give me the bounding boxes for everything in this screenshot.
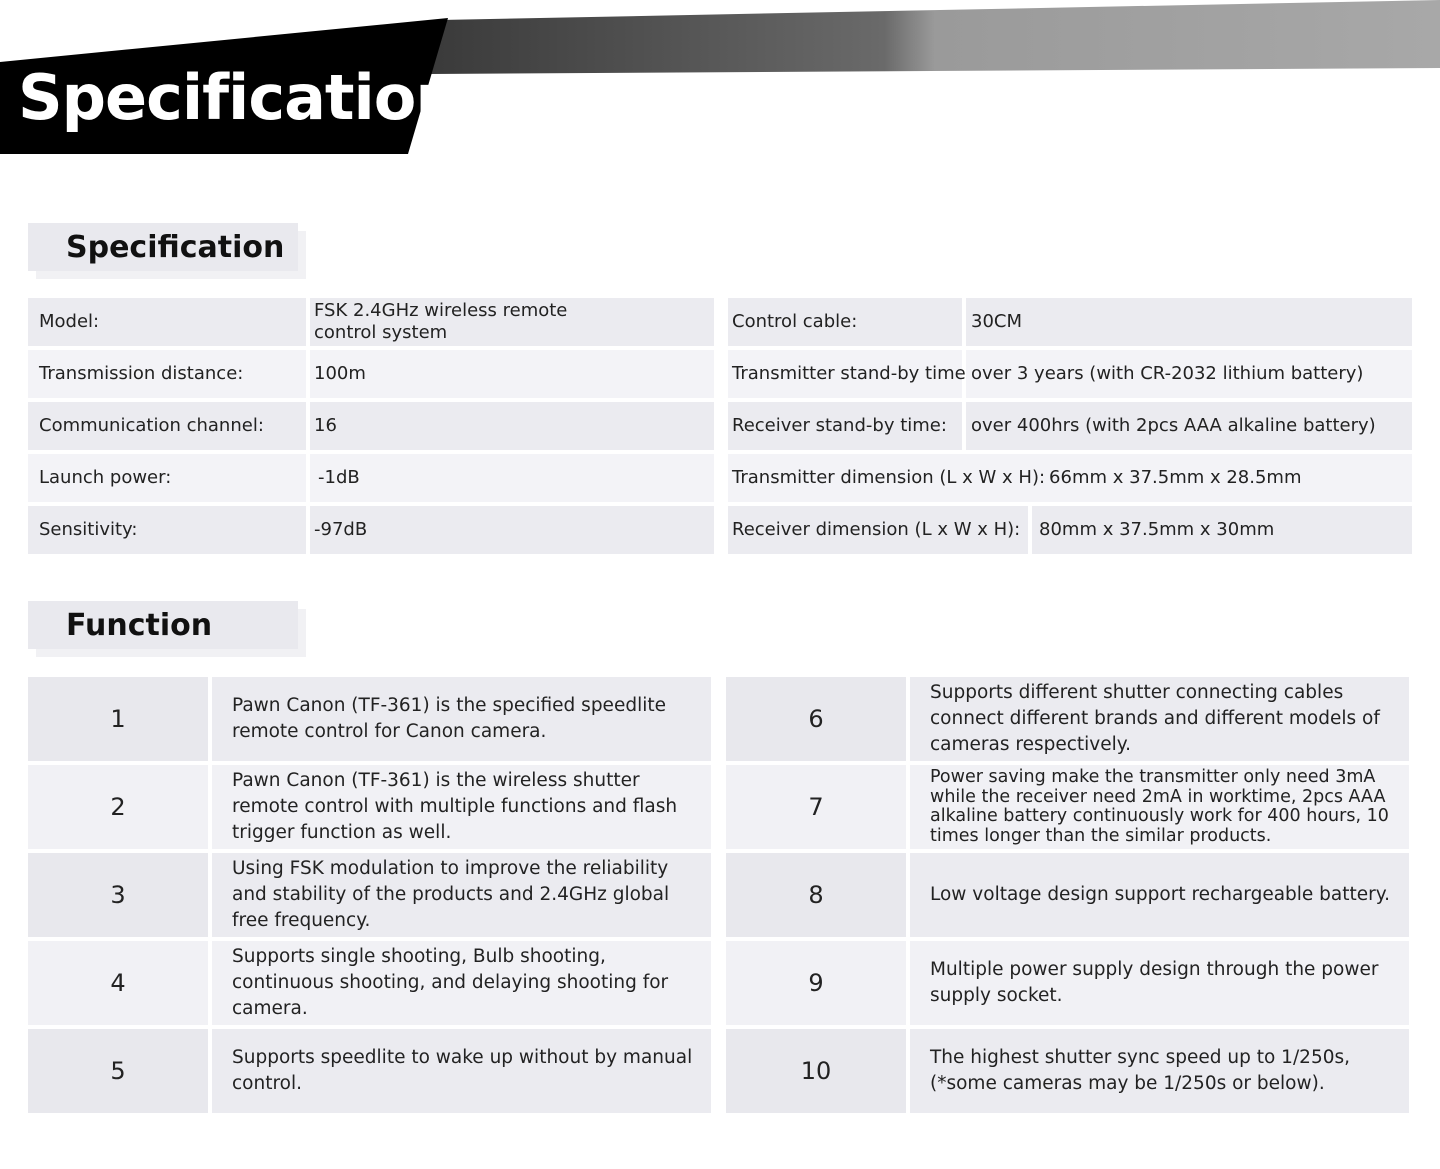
spec-label: Receiver dimension (L x W x H): <box>728 506 1028 554</box>
spec-label: Transmitter dimension (L x W x H): <box>732 467 1045 489</box>
function-number: 7 <box>726 765 906 849</box>
function-text: Low voltage design support rechargeable … <box>910 853 1409 937</box>
spec-value: 16 <box>310 402 714 450</box>
function-number: 6 <box>726 677 906 761</box>
spec-value: 100m <box>310 350 714 398</box>
spec-row: Launch power:-1dB <box>28 454 714 502</box>
spec-row: Transmitter dimension (L x W x H):66mm x… <box>728 454 1412 502</box>
function-heading: Function <box>28 601 298 649</box>
function-row: 1Pawn Canon (TF-361) is the specified sp… <box>28 677 711 761</box>
function-row: 10The highest shutter sync speed up to 1… <box>726 1029 1409 1113</box>
spec-row: Transmission distance:100m <box>28 350 714 398</box>
spec-label: Transmission distance: <box>28 350 306 398</box>
spec-label: Sensitivity: <box>28 506 306 554</box>
function-text: Pawn Canon (TF-361) is the specified spe… <box>212 677 711 761</box>
function-number: 10 <box>726 1029 906 1113</box>
function-row: 5Supports speedlite to wake up without b… <box>28 1029 711 1113</box>
function-number: 4 <box>28 941 208 1025</box>
spec-row: Transmitter stand-by time:over 3 years (… <box>728 350 1412 398</box>
spec-value: 30CM <box>966 298 1412 346</box>
function-text: Using FSK modulation to improve the reli… <box>212 853 711 937</box>
function-row: 8Low voltage design support rechargeable… <box>726 853 1409 937</box>
function-number: 3 <box>28 853 208 937</box>
specification-heading: Specification <box>28 223 298 271</box>
spec-value: 66mm x 37.5mm x 28.5mm <box>1049 467 1301 489</box>
function-text: Supports different shutter connecting ca… <box>910 677 1409 761</box>
banner-title: Specification <box>18 58 459 138</box>
spec-label: Communication channel: <box>28 402 306 450</box>
spec-label: Transmitter stand-by time: <box>728 350 962 398</box>
function-row: 9Multiple power supply design through th… <box>726 941 1409 1025</box>
function-text: The highest shutter sync speed up to 1/2… <box>910 1029 1409 1113</box>
spec-value: -1dB <box>310 454 714 502</box>
function-row: 3Using FSK modulation to improve the rel… <box>28 853 711 937</box>
function-text: Multiple power supply design through the… <box>910 941 1409 1025</box>
spec-value: 80mm x 37.5mm x 30mm <box>1032 506 1412 554</box>
function-number: 8 <box>726 853 906 937</box>
spec-row: Communication channel:16 <box>28 402 714 450</box>
spec-value: over 400hrs (with 2pcs AAA alkaline batt… <box>966 402 1412 450</box>
spec-value: -97dB <box>310 506 714 554</box>
spec-value: FSK 2.4GHz wireless remote control syste… <box>310 298 714 346</box>
specification-heading-text: Specification <box>66 223 284 273</box>
function-row: 2Pawn Canon (TF-361) is the wireless shu… <box>28 765 711 849</box>
function-number: 1 <box>28 677 208 761</box>
function-number: 2 <box>28 765 208 849</box>
spec-label: Launch power: <box>28 454 306 502</box>
spec-label: Control cable: <box>728 298 962 346</box>
spec-row: Control cable:30CM <box>728 298 1412 346</box>
spec-row: Sensitivity:-97dB <box>28 506 714 554</box>
spec-value: over 3 years (with CR-2032 lithium batte… <box>966 350 1412 398</box>
header-banner: Specification <box>0 0 1440 160</box>
function-text: Supports speedlite to wake up without by… <box>212 1029 711 1113</box>
spec-row: Receiver dimension (L x W x H):80mm x 37… <box>728 506 1412 554</box>
function-row: 4Supports single shooting, Bulb shooting… <box>28 941 711 1025</box>
spec-row: Model:FSK 2.4GHz wireless remote control… <box>28 298 714 346</box>
function-number: 9 <box>726 941 906 1025</box>
function-text: Supports single shooting, Bulb shooting,… <box>212 941 711 1025</box>
function-row: 7Power saving make the transmitter only … <box>726 765 1409 849</box>
spec-label-value: Transmitter dimension (L x W x H):66mm x… <box>728 454 1412 502</box>
spec-row: Receiver stand-by time:over 400hrs (with… <box>728 402 1412 450</box>
function-number: 5 <box>28 1029 208 1113</box>
spec-label: Model: <box>28 298 306 346</box>
function-text: Power saving make the transmitter only n… <box>910 765 1409 849</box>
function-heading-text: Function <box>66 601 212 651</box>
function-row: 6Supports different shutter connecting c… <box>726 677 1409 761</box>
function-text: Pawn Canon (TF-361) is the wireless shut… <box>212 765 711 849</box>
spec-label: Receiver stand-by time: <box>728 402 962 450</box>
